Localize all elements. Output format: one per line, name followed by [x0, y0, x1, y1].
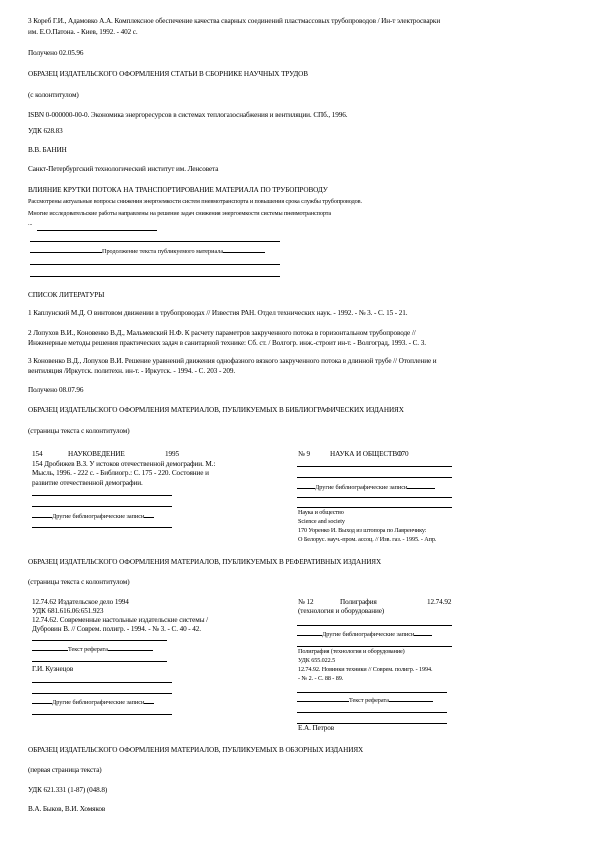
abstract-right-heading: Полиграфия	[340, 598, 377, 607]
rule	[144, 696, 154, 704]
abstract-right-line: Полиграфия (технология и оборудование)	[298, 648, 405, 656]
rule	[297, 628, 322, 636]
rule	[297, 481, 315, 489]
received-date-2: Получено 08.07.96	[28, 386, 83, 395]
abstract-left-line: 12.74.62. Современные настольные издател…	[32, 616, 208, 625]
abstract-left-line: 12.74.62 Издательское дело 1994	[32, 598, 129, 607]
rule	[407, 481, 435, 489]
biblio-right-line: 170 Уоренко И. Выход из штопора по Лавре…	[298, 527, 426, 535]
rule	[297, 477, 452, 478]
abstract-right-line: УДК 655.022.5	[298, 657, 335, 665]
rule	[32, 696, 52, 704]
rule	[32, 640, 167, 641]
rule	[297, 507, 452, 508]
udk-4: УДК 621.331 (1-87) (048.8)	[28, 786, 107, 795]
biblio-left-num: 154	[32, 450, 42, 459]
udk-1: УДК 628.83	[28, 127, 63, 136]
rule	[32, 682, 172, 683]
rule	[32, 527, 172, 528]
biblio-right-page: 170	[398, 450, 408, 459]
reference-3-line-2: вентиляция /Иркутск. политехн. ин-т. - И…	[28, 367, 235, 376]
rule	[32, 714, 172, 715]
rule	[297, 466, 452, 467]
biblio-left-line: развитие отечественной демографии.	[32, 479, 143, 488]
biblio-right-other-label: Другие библиографические записи	[315, 484, 407, 492]
isbn-line: ISBN 0-000000-00-0. Экономика энергоресу…	[28, 111, 347, 120]
rule	[30, 264, 280, 265]
rule	[223, 245, 265, 253]
abstract-right-line: - № 2. - С. 88 - 89.	[298, 675, 343, 683]
rule	[297, 692, 447, 693]
section-3-subtitle: (страницы текста с колонтитулом)	[28, 578, 130, 587]
references-title: СПИСОК ЛИТЕРАТУРЫ	[28, 291, 104, 300]
abstract-left-line: Дубровин В. // Соврем. полигр. - 1994. -…	[32, 625, 201, 634]
abstract-left-text-row: Текст реферата	[32, 643, 153, 654]
rule	[108, 643, 153, 651]
abstract-right-author: Е.А. Петров	[298, 724, 334, 733]
rule	[30, 245, 102, 253]
abstract-right-text-label: Текст реферата	[349, 697, 389, 705]
biblio-right-heading: НАУКА И ОБЩЕСТВО	[330, 450, 402, 459]
abstract-left-line: УДК 681.616.06:651.923	[32, 607, 103, 616]
section-3-title: ОБРАЗЕЦ ИЗДАТЕЛЬСКОГО ОФОРМЛЕНИЯ МАТЕРИА…	[28, 558, 381, 567]
rule	[297, 694, 349, 702]
rule	[32, 693, 172, 694]
reference-3-line-1: 3 Кореб Г.И., Адамовко А.А. Комплексное …	[28, 17, 440, 26]
article-title: ВЛИЯНИЕ КРУТКИ ПОТОКА НА ТРАНСПОРТИРОВАН…	[28, 186, 328, 195]
biblio-right-line: Наука и общество	[298, 509, 344, 517]
section-1-subtitle: (с колонтитулом)	[28, 91, 79, 100]
biblio-left-year: 1995	[165, 450, 179, 459]
abstract-line-1: Рассмотрены актуальные вопросы снижения …	[28, 198, 362, 206]
rule	[414, 628, 432, 636]
reference-3-line-2: им. Е.О.Патона. - Киев, 1992. - 402 с.	[28, 28, 138, 37]
received-date-1: Получено 02.05.96	[28, 49, 83, 58]
abstract-right-num: № 12	[298, 598, 313, 607]
institute: Санкт-Петербургский технологический инст…	[28, 165, 218, 174]
abstract-right-other-label: Другие библиографические записи	[322, 631, 414, 639]
reference-2-line-2: Инженерные методы решения практических з…	[28, 339, 426, 348]
section-2-subtitle: (страницы текста с колонтитулом)	[28, 427, 130, 436]
abstract-right-other-row: Другие библиографические записи	[297, 628, 432, 639]
biblio-right-num: № 9	[298, 450, 310, 459]
rule	[30, 276, 280, 277]
section-1-title: ОБРАЗЕЦ ИЗДАТЕЛЬСКОГО ОФОРМЛЕНИЯ СТАТЬИ …	[28, 70, 308, 79]
rule	[32, 643, 68, 651]
section-4-title: ОБРАЗЕЦ ИЗДАТЕЛЬСКОГО ОФОРМЛЕНИЯ МАТЕРИА…	[28, 746, 363, 755]
rule	[32, 495, 172, 496]
biblio-left-line: 154 Дробижев В.З. У истоков отечественно…	[32, 460, 215, 469]
abstract-left-author: Г.И. Кузнецов	[32, 665, 73, 674]
rule	[32, 510, 52, 518]
rule	[297, 497, 452, 498]
rule	[37, 230, 157, 231]
biblio-left-other-row: Другие библиографические записи	[32, 510, 154, 521]
biblio-right-line: О Белорус. науч.-пром. ассоц. // Изв. га…	[298, 536, 436, 544]
reference-1: 1 Каплунский М.Д. О винтовом движении в …	[28, 309, 408, 318]
rule	[144, 510, 154, 518]
reference-3-line-1: 3 Коновенко В.Д., Лопухов В.И. Решение у…	[28, 357, 437, 366]
biblio-right-other-row: Другие библиографические записи	[297, 481, 435, 492]
rule	[30, 241, 280, 242]
biblio-left-heading: НАУКОВЕДЕНИЕ	[68, 450, 125, 459]
abstract-right-code: 12.74.92	[427, 598, 451, 607]
continuation-row: Продолжение текста публикуемого материал…	[30, 245, 265, 256]
author-1: В.В. БАНИН	[28, 146, 67, 155]
section-4-subtitle: (первая страница текста)	[28, 766, 102, 775]
abstract-line-2: Многие исследовательские работы направле…	[28, 210, 331, 218]
abstract-right-text-row: Текст реферата	[297, 694, 433, 705]
biblio-right-line: Science and society	[298, 518, 345, 526]
reference-2-line-1: 2 Лопухов В.И., Коновенко В.Д., Мальмевс…	[28, 329, 416, 338]
continuation-label: Продолжение текста публикуемого материал…	[102, 248, 223, 256]
abstract-left-other-row: Другие библиографические записи	[32, 696, 154, 707]
abstract-right-subheading: (технология и оборудование)	[298, 607, 384, 616]
rule	[32, 661, 167, 662]
rule	[297, 625, 452, 626]
biblio-left-line: Мысль, 1996. - 222 с. - Библиогр.: С. 17…	[32, 469, 209, 478]
abstract-right-line: 12.74.92. Новинки техники // Соврем. пол…	[298, 666, 432, 674]
rule	[32, 506, 172, 507]
continuation-prefix: ...	[28, 220, 32, 228]
section-2-title: ОБРАЗЕЦ ИЗДАТЕЛЬСКОГО ОФОРМЛЕНИЯ МАТЕРИА…	[28, 406, 404, 415]
authors-4: В.А. Быков, В.И. Хомяков	[28, 805, 105, 814]
rule	[297, 712, 447, 713]
rule	[389, 694, 433, 702]
rule	[297, 646, 452, 647]
abstract-left-text-label: Текст реферата	[68, 646, 108, 654]
biblio-left-other-label: Другие библиографические записи	[52, 513, 144, 521]
abstract-left-other-label: Другие библиографические записи	[52, 699, 144, 707]
